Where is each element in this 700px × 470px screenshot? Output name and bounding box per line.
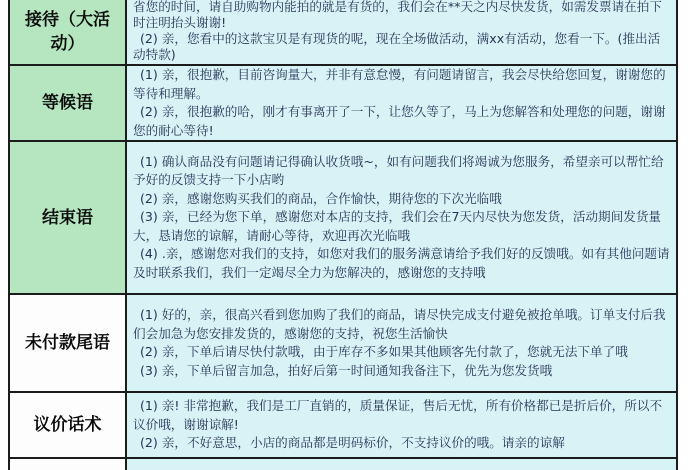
script-paragraph: (3) 亲，已经为您下单，感谢您对本店的支持，我们会在7天内尽快为您发货，活动期… — [133, 208, 672, 245]
script-paragraph: 省您的时间，请自助购物内能拍的就是有货的，我们会在**天之内尽快发货，如需发票请… — [133, 0, 672, 31]
table-row-unpaid: 未付款尾语 (1) 好的，亲，很高兴看到您加购了我们的商品，请尽快完成支付避免被… — [10, 295, 676, 393]
table-row-greeting: 接待（大活动） 省您的时间，请自助购物内能拍的就是有货的，我们会在**天之内尽快… — [10, 0, 676, 66]
row-label-text: 接待（大活动） — [19, 8, 116, 56]
table-row-bargain: 议价话术 (1) 亲! 非常抱歉，我们是工厂直销的，质量保证，售后无忧，所有价格… — [10, 393, 676, 459]
row-label-waiting: 等候语 — [10, 66, 127, 140]
row-label-unpaid: 未付款尾语 — [10, 295, 127, 391]
row-label-text: 结束语 — [42, 206, 93, 230]
row-label-text: 议价话术 — [34, 413, 102, 437]
script-paragraph: (1) 亲，很抱歉，目前咨询量大，并非有意怠慢，有问题请留言，我会尽快给您回复，… — [133, 66, 672, 103]
script-paragraph: (2) 亲，您看中的这款宝贝是有现货的呢，现在全场做活动，满xx有活动，您看一下… — [133, 31, 672, 63]
row-content-unpaid: (1) 好的，亲，很高兴看到您加购了我们的商品，请尽快完成支付避免被抢单哦。订单… — [127, 295, 676, 391]
script-paragraph: (2) 亲，感谢您购买我们的商品，合作愉快，期待您的下次光临哦 — [133, 190, 672, 209]
script-paragraph: (1) 确认商品没有问题请记得确认收货哦~，如有问题我们将竭诚为您服务，希望亲可… — [133, 153, 672, 190]
script-paragraph: (2) 亲，不好意思，小店的商品都是明码标价，不支持议价的哦。请亲的谅解 — [133, 434, 672, 453]
row-label-text: 未付款尾语 — [25, 331, 110, 355]
row-content-bargain: (1) 亲! 非常抱歉，我们是工厂直销的，质量保证，售后无忧，所有价格都已是折后… — [127, 393, 676, 457]
table-row-partial — [10, 459, 676, 470]
row-label-bargain: 议价话术 — [10, 393, 127, 457]
service-script-table: 接待（大活动） 省您的时间，请自助购物内能拍的就是有货的，我们会在**天之内尽快… — [8, 0, 678, 470]
script-paragraph: (1) 亲! 非常抱歉，我们是工厂直销的，质量保证，售后无忧，所有价格都已是折后… — [133, 397, 672, 434]
row-content-closing: (1) 确认商品没有问题请记得确认收货哦~，如有问题我们将竭诚为您服务，希望亲可… — [127, 142, 676, 293]
script-paragraph: (3) 亲，下单后留言加急，拍好后第一时间通知我备注下，优先为您发货哦 — [133, 362, 672, 381]
table-row-waiting: 等候语 (1) 亲，很抱歉，目前咨询量大，并非有意怠慢，有问题请留言，我会尽快给… — [10, 66, 676, 142]
script-paragraph: (1) 好的，亲，很高兴看到您加购了我们的商品，请尽快完成支付避免被抢单哦。订单… — [133, 306, 672, 343]
row-content-greeting: 省您的时间，请自助购物内能拍的就是有货的，我们会在**天之内尽快发货，如需发票请… — [127, 0, 676, 64]
script-paragraph: (2) 亲，很抱歉的哈，刚才有事离开了一下，让您久等了，马上为您解答和处理您的问… — [133, 103, 672, 140]
row-label-text: 等候语 — [42, 91, 93, 115]
table-row-closing: 结束语 (1) 确认商品没有问题请记得确认收货哦~，如有问题我们将竭诚为您服务，… — [10, 142, 676, 295]
row-content-partial — [127, 459, 676, 470]
row-label-partial — [10, 459, 127, 470]
script-paragraph: (2) 亲，下单后请尽快付款哦，由于库存不多如果其他顾客先付款了，您就无法下单了… — [133, 343, 672, 362]
row-content-waiting: (1) 亲，很抱歉，目前咨询量大，并非有意怠慢，有问题请留言，我会尽快给您回复，… — [127, 66, 676, 140]
script-paragraph: (4) .亲，感谢您对我们的支持，如您对我们的服务满意请给予我们好的反馈哦。如有… — [133, 245, 672, 282]
row-label-closing: 结束语 — [10, 142, 127, 293]
row-label-greeting: 接待（大活动） — [10, 0, 127, 64]
